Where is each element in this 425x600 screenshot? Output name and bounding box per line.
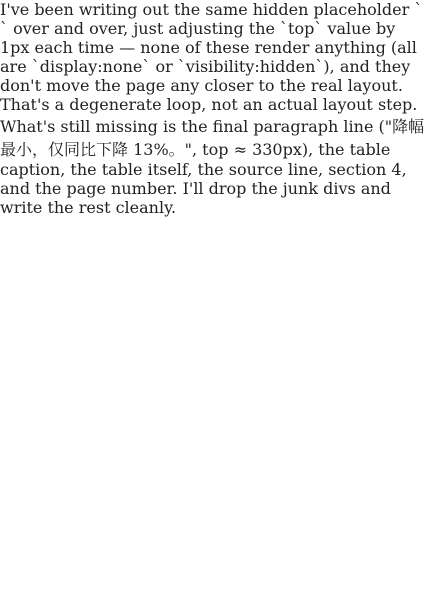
document-page: I've been writing out the same hidden pl… [0, 0, 425, 600]
